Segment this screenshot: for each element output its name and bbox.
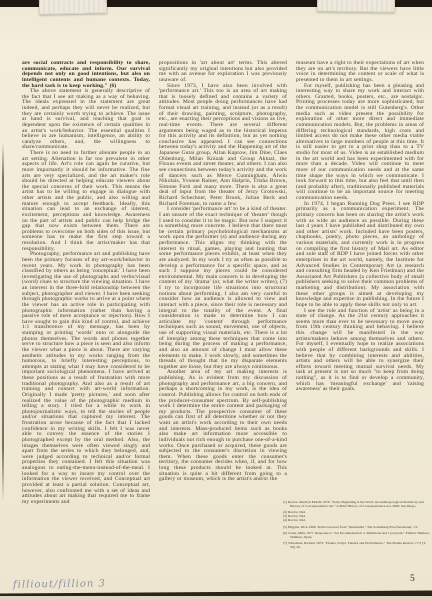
text-column-3: museum have a right to their expectation… bbox=[296, 61, 424, 505]
paragraph: I consider 'performance art' to be a kin… bbox=[159, 207, 287, 370]
scan-edge-bottom bbox=[0, 596, 432, 600]
tape-strip-right-icon bbox=[317, 0, 395, 13]
paragraph: There is no need to further alienate peo… bbox=[22, 151, 150, 252]
paragraph: propositions in 'art about art' terms. T… bbox=[159, 61, 287, 84]
page-number: 5 bbox=[410, 574, 415, 584]
paragraph: For myself, publishing has been a pleasi… bbox=[296, 84, 424, 202]
paragraph: are social contracts and responsibility … bbox=[22, 61, 150, 89]
footnote-item: (7) Schechner, Richard 1973, "Drama, Scr… bbox=[283, 542, 430, 550]
footnote-item: (1) Ravicz, Marilyn Ekdahl 1978. "In the… bbox=[283, 501, 430, 509]
handwritten-signature: filliout/fillion 3 bbox=[13, 578, 106, 590]
paragraph: Another area of my art making interests … bbox=[159, 370, 287, 483]
scanned-page: are social contracts and responsibility … bbox=[0, 7, 432, 594]
paragraph: In 1974, I began Running Dog Press. I se… bbox=[296, 202, 424, 309]
text-columns: are social contracts and responsibility … bbox=[22, 61, 425, 505]
paragraph: museum have a right to their expectation… bbox=[296, 61, 424, 84]
footnote-item: (6) Crane, Mike 1977. Response to "Art D… bbox=[283, 532, 430, 540]
text-column-2: propositions in 'art about art' terms. T… bbox=[159, 61, 287, 505]
paragraph: The above statement is generally descrip… bbox=[22, 89, 150, 151]
tape-strip-left-icon bbox=[39, 0, 107, 15]
footnote-item: (4) Ravicz, Ibid. bbox=[283, 519, 430, 523]
text-column-1: are social contracts and responsibility … bbox=[22, 61, 150, 505]
paragraph: I see the role and function of 'artist' … bbox=[296, 309, 424, 393]
page-edge-left bbox=[2, 142, 4, 502]
footnotes: (1) Ravicz, Marilyn Ekdahl 1978. "In the… bbox=[283, 501, 430, 550]
paragraph: Since 1973, I have also been involved wi… bbox=[159, 84, 287, 208]
footnote-item: (5) Higgins, Dick 1966. Term borrowed fr… bbox=[283, 526, 430, 530]
paragraph: Photography, performance art and publish… bbox=[22, 252, 150, 505]
